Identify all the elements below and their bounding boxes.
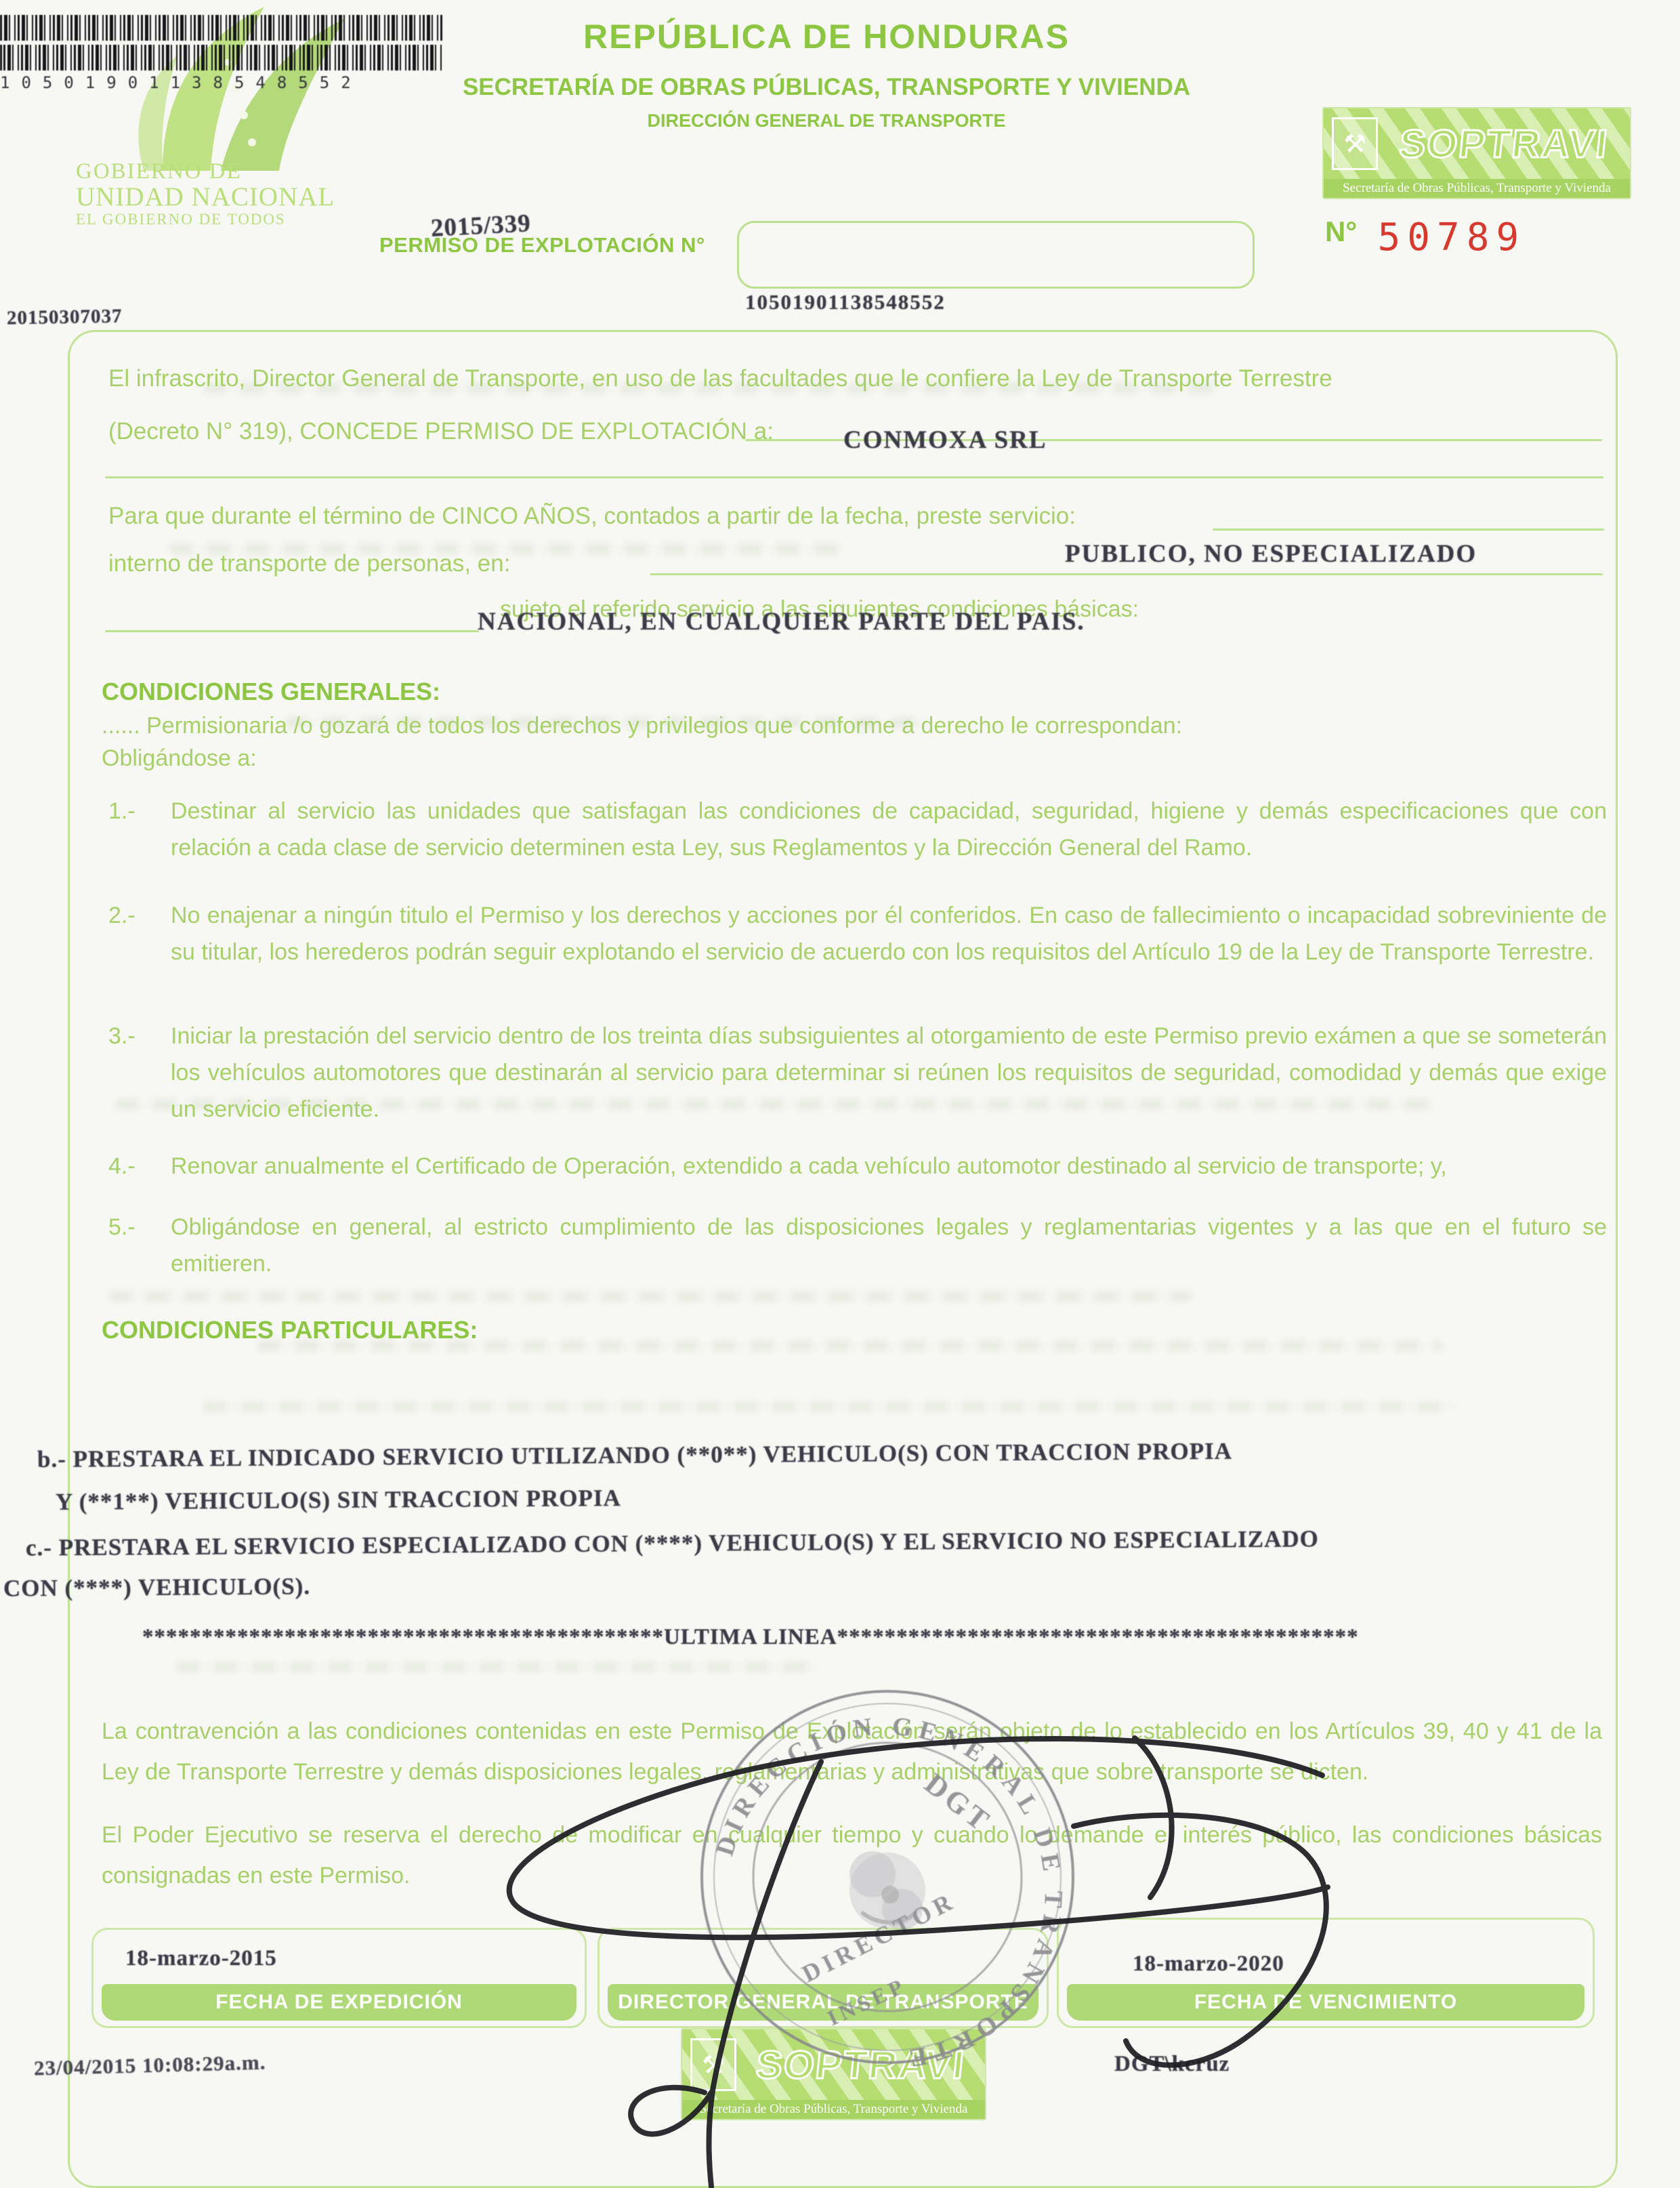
gobierno-line2: UNIDAD NACIONAL bbox=[76, 184, 335, 211]
grantee-line-bottom bbox=[105, 476, 1603, 478]
item-number: 2.- bbox=[108, 897, 135, 934]
director-signature bbox=[406, 1674, 1389, 2188]
service-type-line bbox=[650, 573, 1603, 575]
grantee-name: CONMOXA SRL bbox=[843, 426, 1047, 455]
coverage-line bbox=[105, 630, 479, 632]
secretaria-title: SECRETARÍA DE OBRAS PÚBLICAS, TRANSPORTE… bbox=[420, 74, 1233, 101]
country-title: REPÚBLICA DE HONDURAS bbox=[420, 17, 1233, 56]
soptravi-logo-top: ⚒ SOPTRAVI Secretaría de Obras Públicas,… bbox=[1322, 107, 1631, 199]
term-paragraph: Para que durante el término de CINCO AÑO… bbox=[108, 503, 1076, 530]
particular-line: Y (**1**) VEHICULO(S) SIN TRACCION PROPI… bbox=[56, 1485, 621, 1516]
soptravi-subtitle: Secretaría de Obras Públicas, Transporte… bbox=[1324, 179, 1630, 198]
file-number: 20150307037 bbox=[7, 306, 123, 330]
grant-paragraph-line1: El infrascrito, Director General de Tran… bbox=[108, 365, 1332, 392]
gobierno-line3: EL GOBIERNO DE TODOS bbox=[76, 211, 335, 228]
barcode-digits: 10501901138548552 bbox=[0, 73, 444, 92]
service-line bbox=[1213, 529, 1604, 531]
item-number: 4.- bbox=[108, 1148, 135, 1184]
particular-conditions-title: CONDICIONES PARTICULARES: bbox=[102, 1316, 478, 1344]
general-condition-item: 1.- Destinar al servicio las unidades qu… bbox=[108, 793, 1607, 866]
general-intro-2: Obligándose a: bbox=[102, 745, 257, 772]
general-intro-1: ...... Permisionaria /o gozará de todos … bbox=[102, 713, 1182, 739]
item-text: Obligándose en general, al estricto cump… bbox=[171, 1214, 1607, 1277]
direccion-title: DIRECCIÓN GENERAL DE TRANSPORTE bbox=[420, 110, 1233, 131]
crossed-tools-icon: ⚒ bbox=[1332, 117, 1378, 170]
ultima-linea-row: ****************************************… bbox=[142, 1625, 1359, 1650]
barcode-bars-row1 bbox=[0, 15, 444, 41]
barcode: 10501901138548552 bbox=[0, 15, 444, 92]
scanned-permit-document: 10501901138548552 GOBIERNO DE UNIDAD NAC… bbox=[0, 0, 1680, 2188]
serial-no-label: N° bbox=[1325, 215, 1357, 247]
gobierno-wordmark: GOBIERNO DE UNIDAD NACIONAL EL GOBIERNO … bbox=[76, 160, 335, 228]
soptravi-stripes: ⚒ SOPTRAVI bbox=[1324, 108, 1630, 179]
serial-number-group: N° 50789 bbox=[1325, 215, 1526, 260]
general-condition-item: 2.- No enajenar a ningún titulo el Permi… bbox=[108, 897, 1607, 970]
item-text: Iniciar la prestación del servicio dentr… bbox=[171, 1023, 1607, 1122]
item-text: Renovar anualmente el Certificado de Ope… bbox=[171, 1153, 1447, 1179]
serial-number: 50789 bbox=[1378, 215, 1526, 260]
permit-label: PERMISO DE EXPLOTACIÓN N° bbox=[379, 233, 705, 257]
general-condition-item: 4.- Renovar anualmente el Certificado de… bbox=[108, 1148, 1607, 1184]
item-text: Destinar al servicio las unidades que sa… bbox=[171, 798, 1607, 861]
item-number: 1.- bbox=[108, 793, 135, 829]
item-number: 3.- bbox=[108, 1018, 135, 1054]
permit-typed-number: 2015/339 bbox=[430, 209, 532, 243]
general-conditions-title: CONDICIONES GENERALES: bbox=[102, 678, 440, 706]
general-condition-item: 5.- Obligándose en general, al estricto … bbox=[108, 1209, 1607, 1282]
coverage-value: NACIONAL, EN CUALQUIER PARTE DEL PAIS. bbox=[478, 607, 1085, 636]
general-condition-item: 3.- Iniciar la prestación del servicio d… bbox=[108, 1018, 1607, 1128]
service-type-value: PUBLICO, NO ESPECIALIZADO bbox=[1065, 539, 1477, 569]
barcode-bars-row2 bbox=[0, 45, 444, 70]
soptravi-wordmark: SOPTRAVI bbox=[1375, 121, 1631, 167]
grant-paragraph-line2: (Decreto N° 319), CONCEDE PERMISO DE EXP… bbox=[108, 418, 774, 445]
gobierno-line1: GOBIERNO DE bbox=[76, 160, 335, 184]
permit-number-box bbox=[737, 221, 1255, 289]
expedition-date: 18-marzo-2015 bbox=[125, 1946, 277, 1971]
document-header: REPÚBLICA DE HONDURAS SECRETARÍA DE OBRA… bbox=[420, 17, 1233, 131]
permit-typed-id: 10501901138548552 bbox=[745, 290, 946, 314]
service-scope-label: interno de transporte de personas, en: bbox=[108, 550, 510, 577]
item-text: No enajenar a ningún titulo el Permiso y… bbox=[171, 903, 1607, 965]
item-number: 5.- bbox=[108, 1209, 135, 1245]
particular-line: CON (****) VEHICULO(S). bbox=[3, 1573, 310, 1602]
